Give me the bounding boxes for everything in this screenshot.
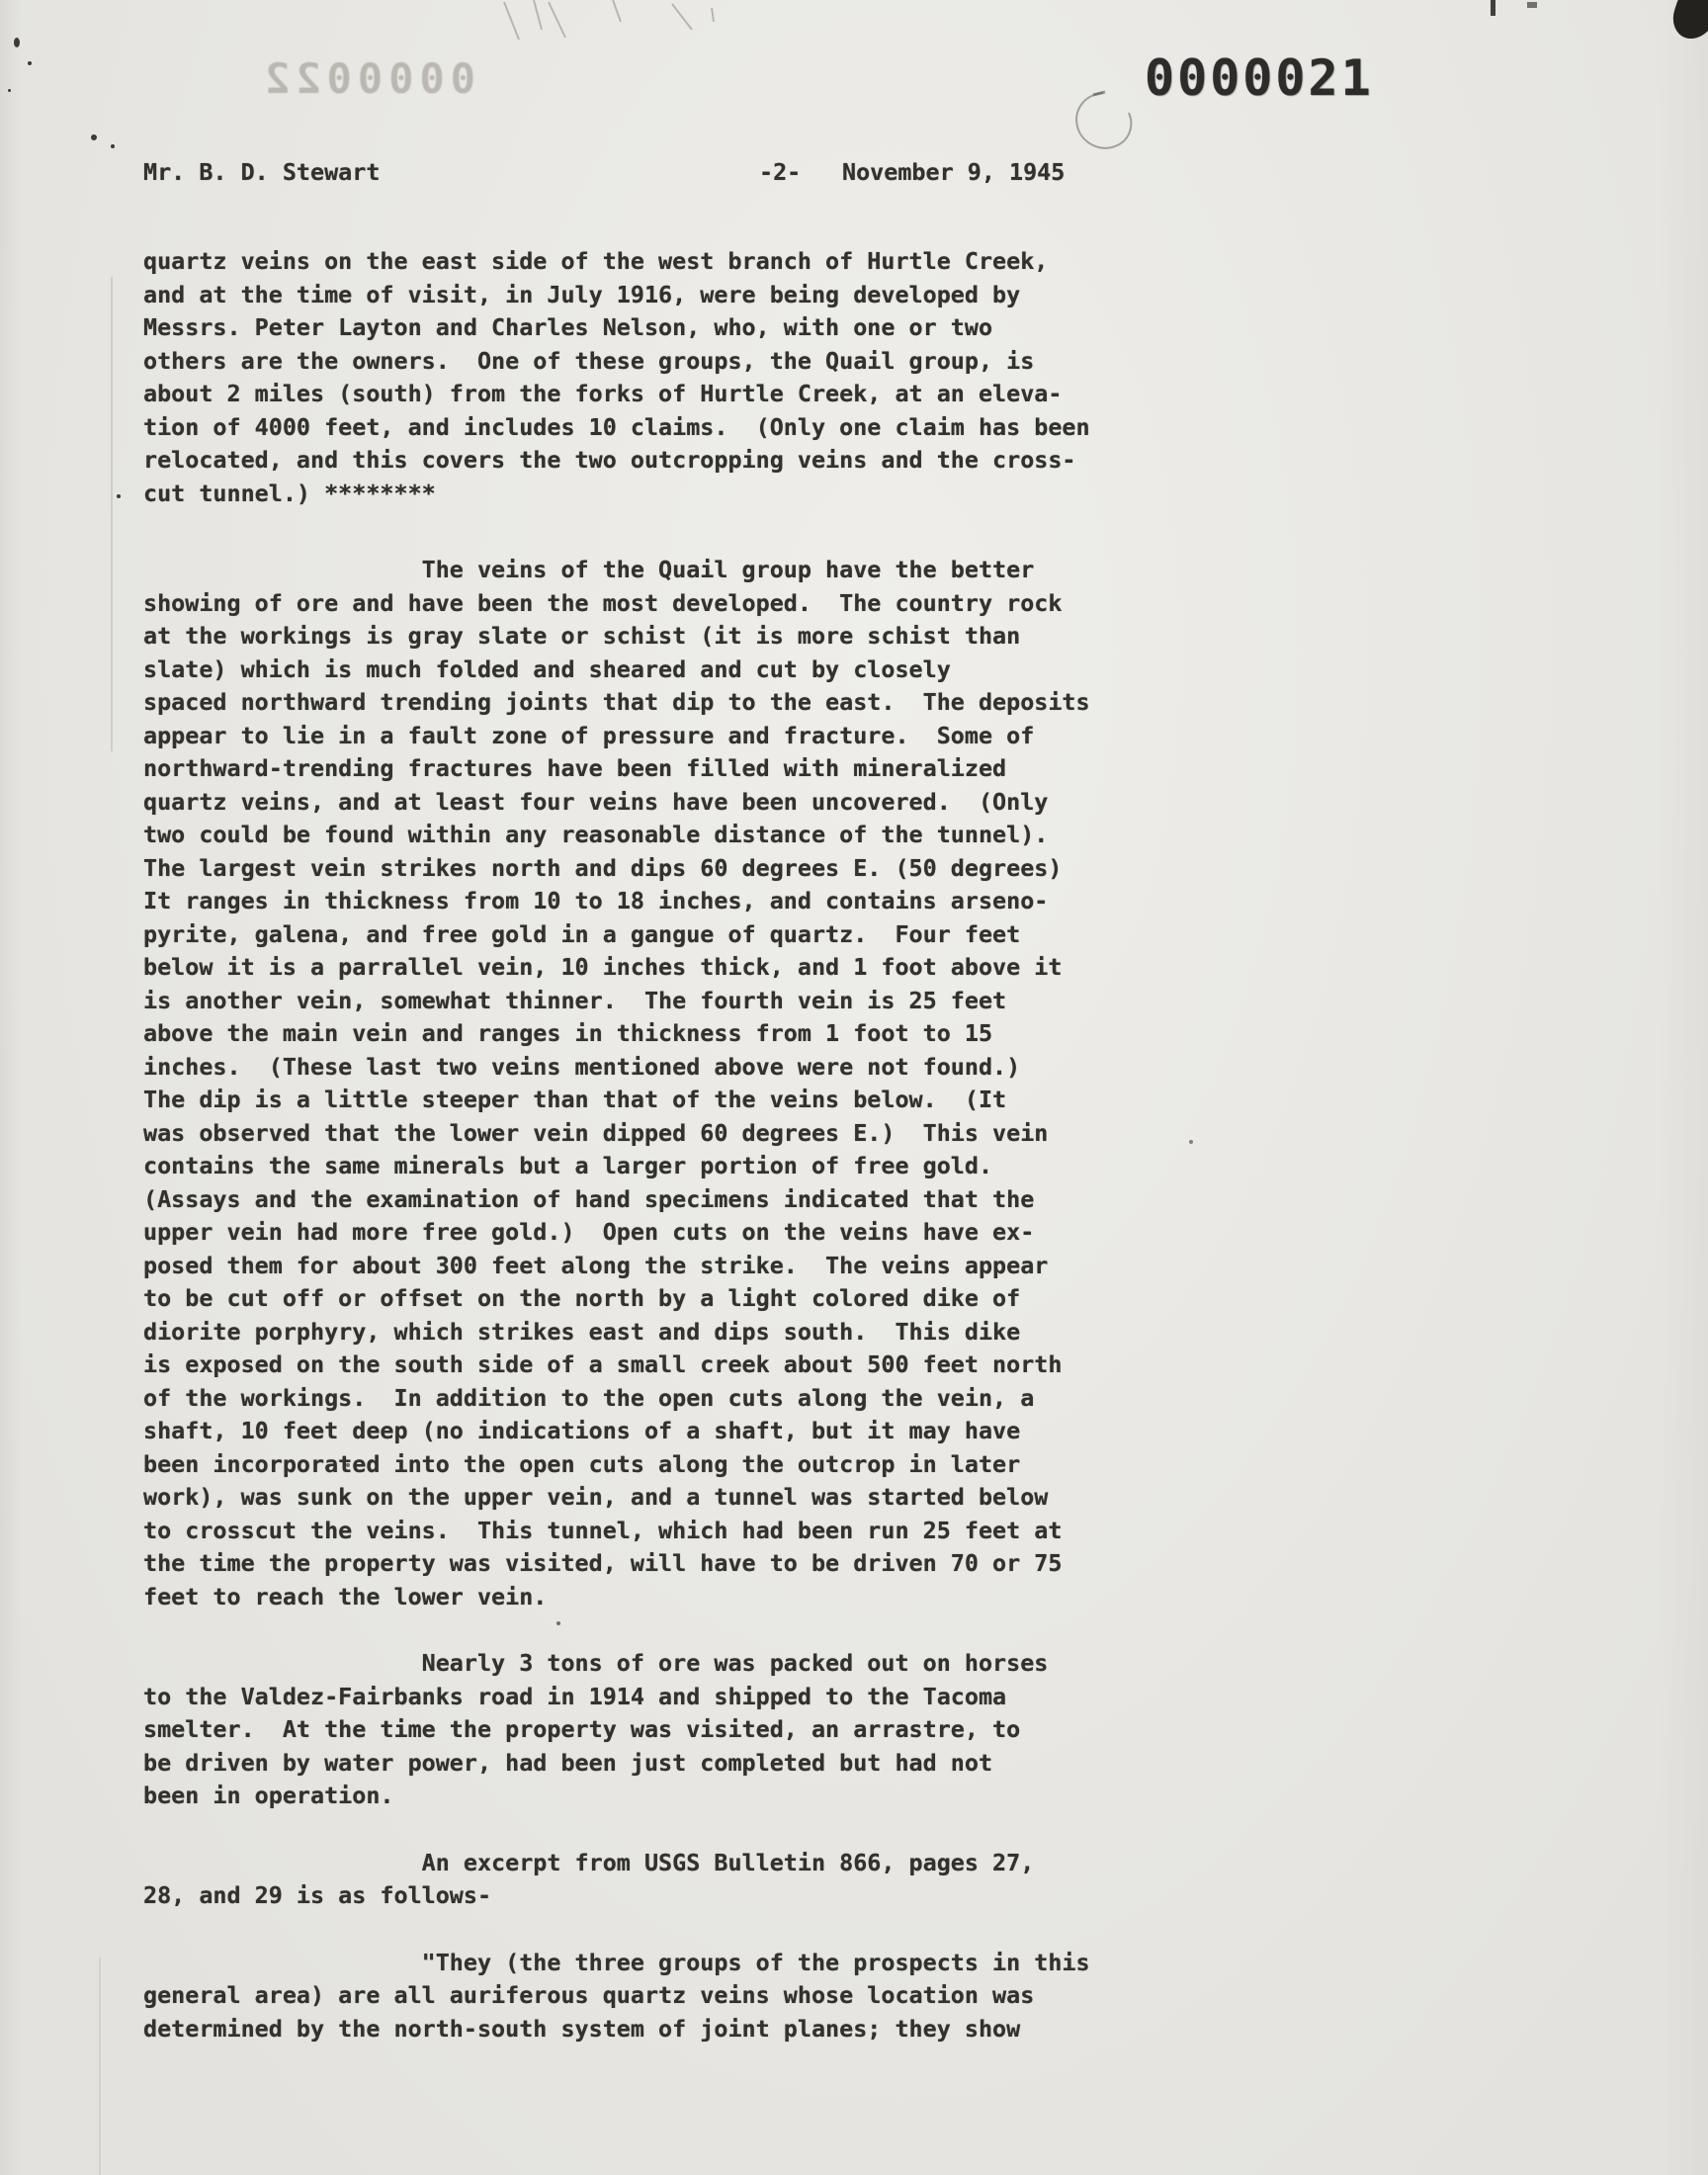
- scan-edge-mark: [1527, 2, 1537, 8]
- ink-speck: [117, 494, 121, 498]
- letter-date: November 9, 1945: [842, 156, 1065, 190]
- ink-speck: [14, 38, 20, 47]
- scan-corner-blotch: [1667, 0, 1708, 44]
- paragraph-usgs-quote: "They (the three groups of the prospects…: [143, 1947, 1310, 2046]
- ink-speck: [111, 144, 115, 148]
- ink-speck: [8, 89, 11, 92]
- ink-speck: [91, 134, 97, 140]
- paragraph-quail-veins: The veins of the Quail group have the be…: [143, 554, 1310, 1613]
- paragraph-continuation: quartz veins on the east side of the wes…: [143, 245, 1310, 510]
- scanned-letter-page: 0000022 0000021 Mr. B. D. Stewart -2- No…: [0, 0, 1708, 2175]
- recipient-name: Mr. B. D. Stewart: [143, 156, 380, 190]
- pencil-scribble: [465, 0, 761, 54]
- scan-crease-line: [111, 277, 113, 751]
- bleedthrough-stamp-number: 0000022: [259, 54, 475, 103]
- scan-crease-line: [99, 1957, 101, 2175]
- paragraph-usgs-excerpt-intro: An excerpt from USGS Bulletin 866, pages…: [143, 1847, 1310, 1913]
- document-number-stamp: 0000021: [1145, 49, 1374, 107]
- page-number: -2-: [759, 156, 801, 190]
- circle-scribble: [1066, 87, 1145, 156]
- letter-body: quartz veins on the east side of the wes…: [143, 245, 1310, 2045]
- scan-edge-mark: [1491, 0, 1495, 16]
- ink-speck: [28, 61, 32, 65]
- paragraph-ore-shipment: Nearly 3 tons of ore was packed out on h…: [143, 1647, 1310, 1813]
